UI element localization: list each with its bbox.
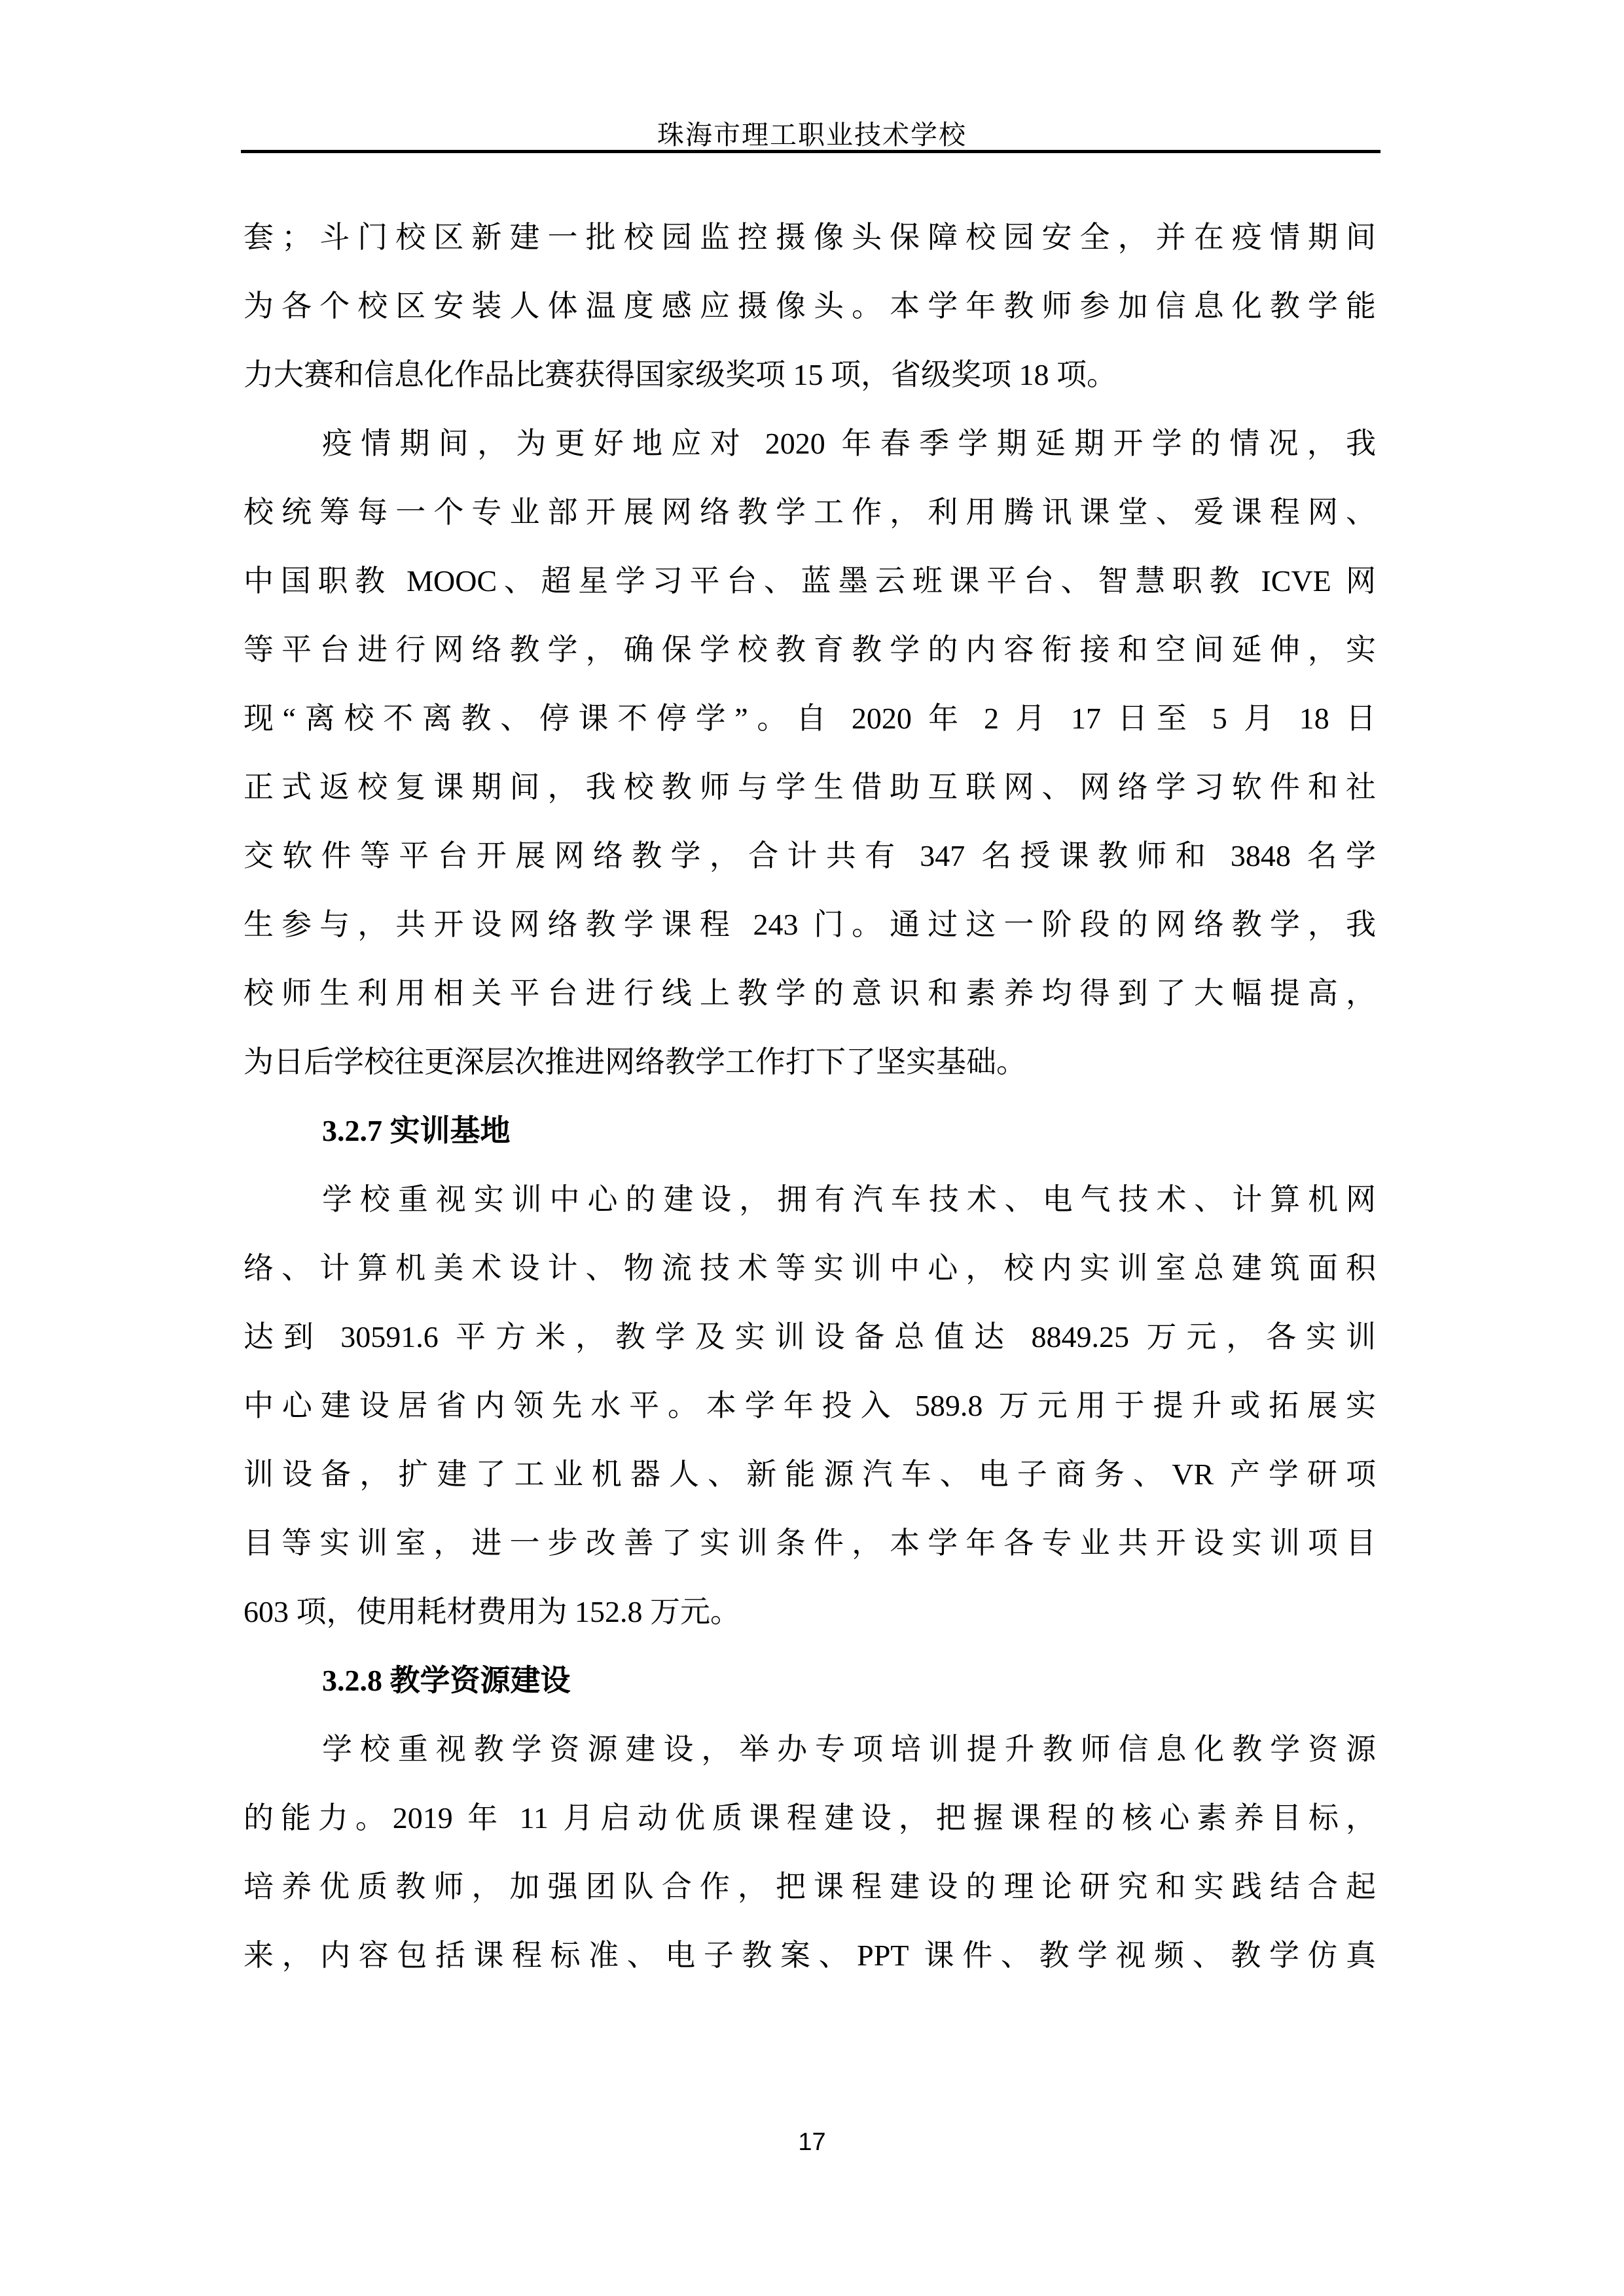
text-line: 校师生利用相关平台进行线上教学的意识和素养均得到了大幅提高， [244, 959, 1376, 1028]
text-line: 交软件等平台开展网络教学，合计共有 347 名授课教师和 3848 名学 [244, 821, 1376, 890]
text-line: 学校重视教学资源建设，举办专项培训提升教师信息化教学资源 [244, 1715, 1376, 1784]
text-line: 为日后学校往更深层次推进网络教学工作打下了坚实基础。 [244, 1028, 1376, 1096]
text-line: 的能力。2019 年 11 月启动优质课程建设，把握课程的核心素养目标， [244, 1784, 1376, 1852]
text-line: 等平台进行网络教学，确保学校教育教学的内容衔接和空间延伸，实 [244, 615, 1376, 684]
page-number: 17 [0, 2130, 1624, 2155]
text-line: 生参与，共开设网络教学课程 243 门。通过这一阶段的网络教学，我 [244, 890, 1376, 959]
text-line: 培养优质教师，加强团队合作，把课程建设的理论研究和实践结合起 [244, 1852, 1376, 1921]
text-line: 达到 30591.6 平方米，教学及实训设备总值达 8849.25 万元，各实训 [244, 1302, 1376, 1371]
text-line: 中心建设居省内领先水平。本学年投入 589.8 万元用于提升或拓展实 [244, 1371, 1376, 1440]
section-heading: 3.2.7 实训基地 [244, 1096, 1376, 1165]
text-line: 603 项，使用耗材费用为 152.8 万元。 [244, 1577, 1376, 1646]
text-line: 为各个校区安装人体温度感应摄像头。本学年教师参加信息化教学能 [244, 272, 1376, 340]
document-body: 套；斗门校区新建一批校园监控摄像头保障校园安全，并在疫情期间为各个校区安装人体温… [244, 203, 1376, 1990]
text-line: 疫情期间，为更好地应对 2020 年春季学期延期开学的情况，我 [244, 409, 1376, 478]
text-line: 目等实训室，进一步改善了实训条件，本学年各专业共开设实训项目 [244, 1509, 1376, 1577]
text-line: 校统筹每一个专业部开展网络教学工作，利用腾讯课堂、爱课程网、 [244, 478, 1376, 547]
text-line: 现“离校不离教、停课不停学”。自 2020 年 2 月 17 日至 5 月 18… [244, 684, 1376, 753]
document-page: 珠海市理工职业技术学校 套；斗门校区新建一批校园监控摄像头保障校园安全，并在疫情… [0, 0, 1624, 2296]
text-line: 正式返校复课期间，我校教师与学生借助互联网、网络学习软件和社 [244, 753, 1376, 821]
text-line: 训设备，扩建了工业机器人、新能源汽车、电子商务、VR 产学研项 [244, 1440, 1376, 1509]
header-school-name: 珠海市理工职业技术学校 [0, 122, 1624, 149]
text-line: 套；斗门校区新建一批校园监控摄像头保障校园安全，并在疫情期间 [244, 203, 1376, 272]
header-rule [241, 150, 1380, 153]
section-heading: 3.2.8 教学资源建设 [244, 1646, 1376, 1715]
text-line: 学校重视实训中心的建设，拥有汽车技术、电气技术、计算机网 [244, 1165, 1376, 1234]
text-line: 络、计算机美术设计、物流技术等实训中心，校内实训室总建筑面积 [244, 1234, 1376, 1302]
text-line: 中国职教 MOOC、超星学习平台、蓝墨云班课平台、智慧职教 ICVE 网 [244, 547, 1376, 615]
text-line: 来，内容包括课程标准、电子教案、PPT 课件、教学视频、教学仿真 [244, 1921, 1376, 1990]
text-line: 力大赛和信息化作品比赛获得国家级奖项 15 项，省级奖项 18 项。 [244, 340, 1376, 409]
